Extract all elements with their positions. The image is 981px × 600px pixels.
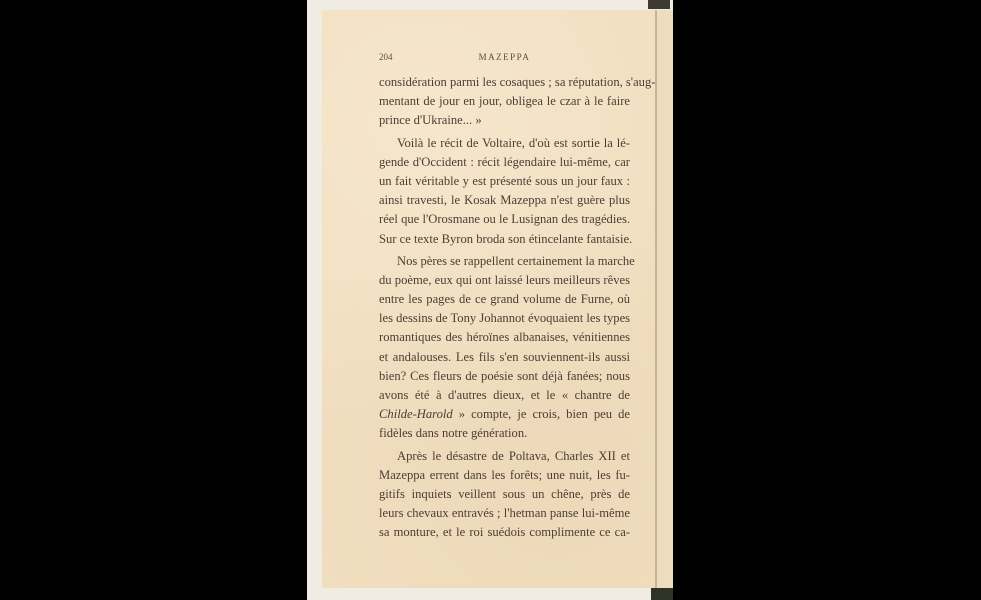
text-line: Voilà le récit de Voltaire, d'où est sor…: [379, 134, 630, 153]
text-line: réel que l'Orosmane ou le Lusignan des t…: [379, 210, 630, 229]
text-line: considération parmi les cosaques ; sa ré…: [379, 73, 630, 92]
paragraph: Après le désastre de Poltava, Charles XI…: [379, 447, 630, 543]
text-line: ainsi travesti, le Kosak Mazeppa n'est g…: [379, 191, 630, 210]
text-line: du poème, eux qui ont laissé leurs meill…: [379, 271, 630, 290]
text-line: Après le désastre de Poltava, Charles XI…: [379, 447, 630, 466]
text-line: avons été à d'autres dieux, et le « chan…: [379, 386, 630, 405]
gutter-line: [655, 10, 657, 588]
text-line: Childe-Harold » compte, je crois, bien p…: [379, 405, 630, 424]
scanned-page-image: 204 MAZEPPA considération parmi les cosa…: [307, 0, 673, 600]
paragraph: Nos pères se rappellent certainement la …: [379, 252, 630, 444]
body-text: considération parmi les cosaques ; sa ré…: [379, 73, 630, 543]
text-line: bien? Ces fleurs de poésie sont déjà fan…: [379, 367, 630, 386]
binding-shadow: [651, 588, 673, 600]
paragraph: Voilà le récit de Voltaire, d'où est sor…: [379, 134, 630, 249]
paragraph: considération parmi les cosaques ; sa ré…: [379, 73, 630, 131]
book-title-italic: Childe-Harold: [379, 407, 453, 421]
text-line: entre les pages de ce grand volume de Fu…: [379, 290, 630, 309]
book-page: 204 MAZEPPA considération parmi les cosa…: [322, 10, 655, 588]
text-line: prince d'Ukraine... »: [379, 111, 630, 130]
text-line: fidèles dans notre génération.: [379, 424, 630, 443]
text-line: et andalouses. Les fils s'en souviennent…: [379, 348, 630, 367]
text-line: un fait véritable y est présenté sous un…: [379, 172, 630, 191]
running-title: MAZEPPA: [379, 52, 630, 62]
text-line: romantiques des héroïnes albanaises, vén…: [379, 328, 630, 347]
document-viewer: 204 MAZEPPA considération parmi les cosa…: [0, 0, 981, 600]
text-fragment: » compte, je crois, bien peu de: [453, 407, 630, 421]
text-line: Nos pères se rappellent certainement la …: [379, 252, 630, 271]
text-line: sa monture, et le roi suédois compliment…: [379, 523, 630, 542]
running-head: 204 MAZEPPA: [379, 52, 630, 66]
text-line: mentant de jour en jour, obligea le czar…: [379, 92, 630, 111]
text-line: gitifs inquiets veillent sous un chêne, …: [379, 485, 630, 504]
binding-corner-mark: [648, 0, 670, 9]
text-line: les dessins de Tony Johannot évoquaient …: [379, 309, 630, 328]
text-line: leurs chevaux entravés ; l'hetman panse …: [379, 504, 630, 523]
text-line: Mazeppa errent dans les forêts; une nuit…: [379, 466, 630, 485]
text-line: gende d'Occident : récit légendaire lui-…: [379, 153, 630, 172]
text-line: Sur ce texte Byron broda son étincelante…: [379, 230, 630, 249]
